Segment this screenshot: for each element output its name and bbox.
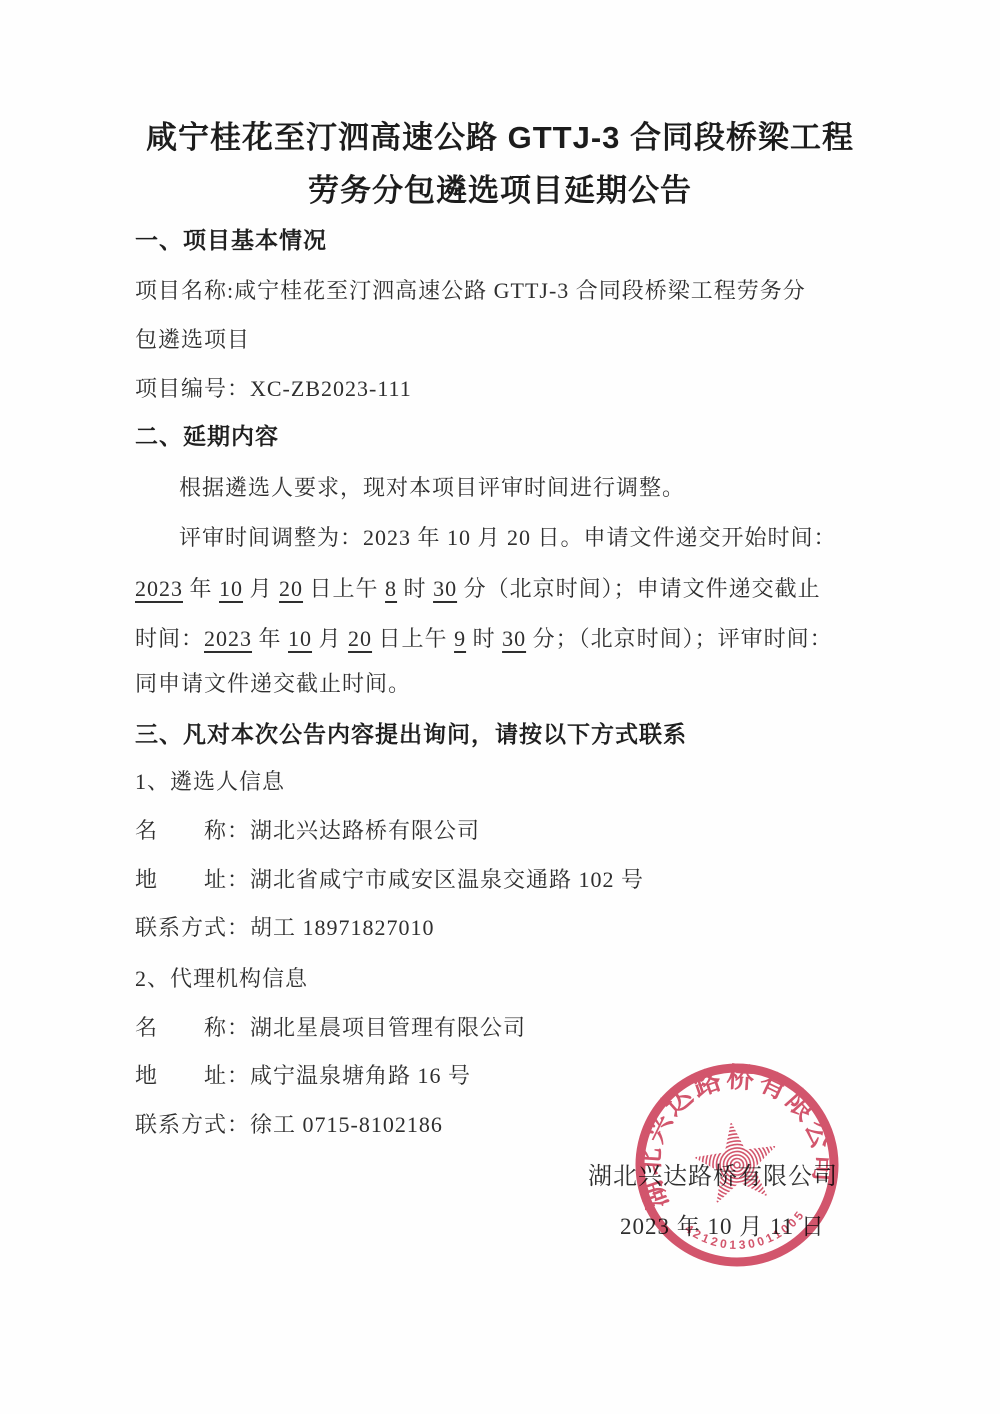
company-seal: 湖北兴达路桥有限公司 42120130011005 bbox=[607, 1035, 867, 1295]
project-number-line: 项目编号：XC-ZB2023-111 bbox=[135, 372, 412, 403]
selector-address-row: 地 址：湖北省咸宁市咸安区温泉交通路 102 号 bbox=[135, 863, 644, 894]
delay-paragraph-line5: 同申请文件递交截止时间。 bbox=[135, 667, 411, 698]
project-name-line1: 项目名称:咸宁桂花至汀泗高速公路 GTTJ-3 合同段桥梁工程劳务分 bbox=[135, 274, 806, 305]
agency-contact-row: 联系方式：徐工 0715-8102186 bbox=[135, 1108, 443, 1139]
section1-heading: 一、项目基本情况 bbox=[135, 222, 327, 255]
delay-paragraph-line4: 时间：2023 年 10 月 20 日上午 9 时 30 分；（北京时间）；评审… bbox=[135, 622, 833, 653]
project-name-line2: 包遴选项目 bbox=[135, 323, 250, 354]
seal-star-icon bbox=[686, 1114, 788, 1216]
section2-heading: 二、延期内容 bbox=[135, 418, 279, 451]
agency-info-label: 2、代理机构信息 bbox=[135, 962, 308, 993]
selector-info-label: 1、遴选人信息 bbox=[135, 765, 285, 796]
agency-name-row: 名 称：湖北星晨项目管理有限公司 bbox=[135, 1011, 526, 1042]
document-title-line1: 咸宁桂花至汀泗高速公路 GTTJ-3 合同段桥梁工程 bbox=[0, 112, 1000, 157]
section3-heading: 三、凡对本次公告内容提出询问，请按以下方式联系 bbox=[135, 716, 687, 749]
delay-paragraph-line1: 根据遴选人要求，现对本项目评审时间进行调整。 bbox=[179, 471, 685, 502]
delay-paragraph-line3: 2023 年 10 月 20 日上午 8 时 30 分（北京时间）；申请文件递交… bbox=[135, 572, 821, 603]
agency-address-row: 地 址：咸宁温泉塘角路 16 号 bbox=[135, 1059, 471, 1090]
announcement-document: 咸宁桂花至汀泗高速公路 GTTJ-3 合同段桥梁工程 劳务分包遴选项目延期公告 … bbox=[0, 0, 1000, 1414]
selector-name-row: 名 称：湖北兴达路桥有限公司 bbox=[135, 814, 480, 845]
selector-contact-row: 联系方式：胡工 18971827010 bbox=[135, 911, 435, 942]
delay-paragraph-line2: 评审时间调整为：2023 年 10 月 20 日。申请文件递交开始时间： bbox=[179, 521, 837, 552]
document-title-line2: 劳务分包遴选项目延期公告 bbox=[0, 165, 1000, 210]
